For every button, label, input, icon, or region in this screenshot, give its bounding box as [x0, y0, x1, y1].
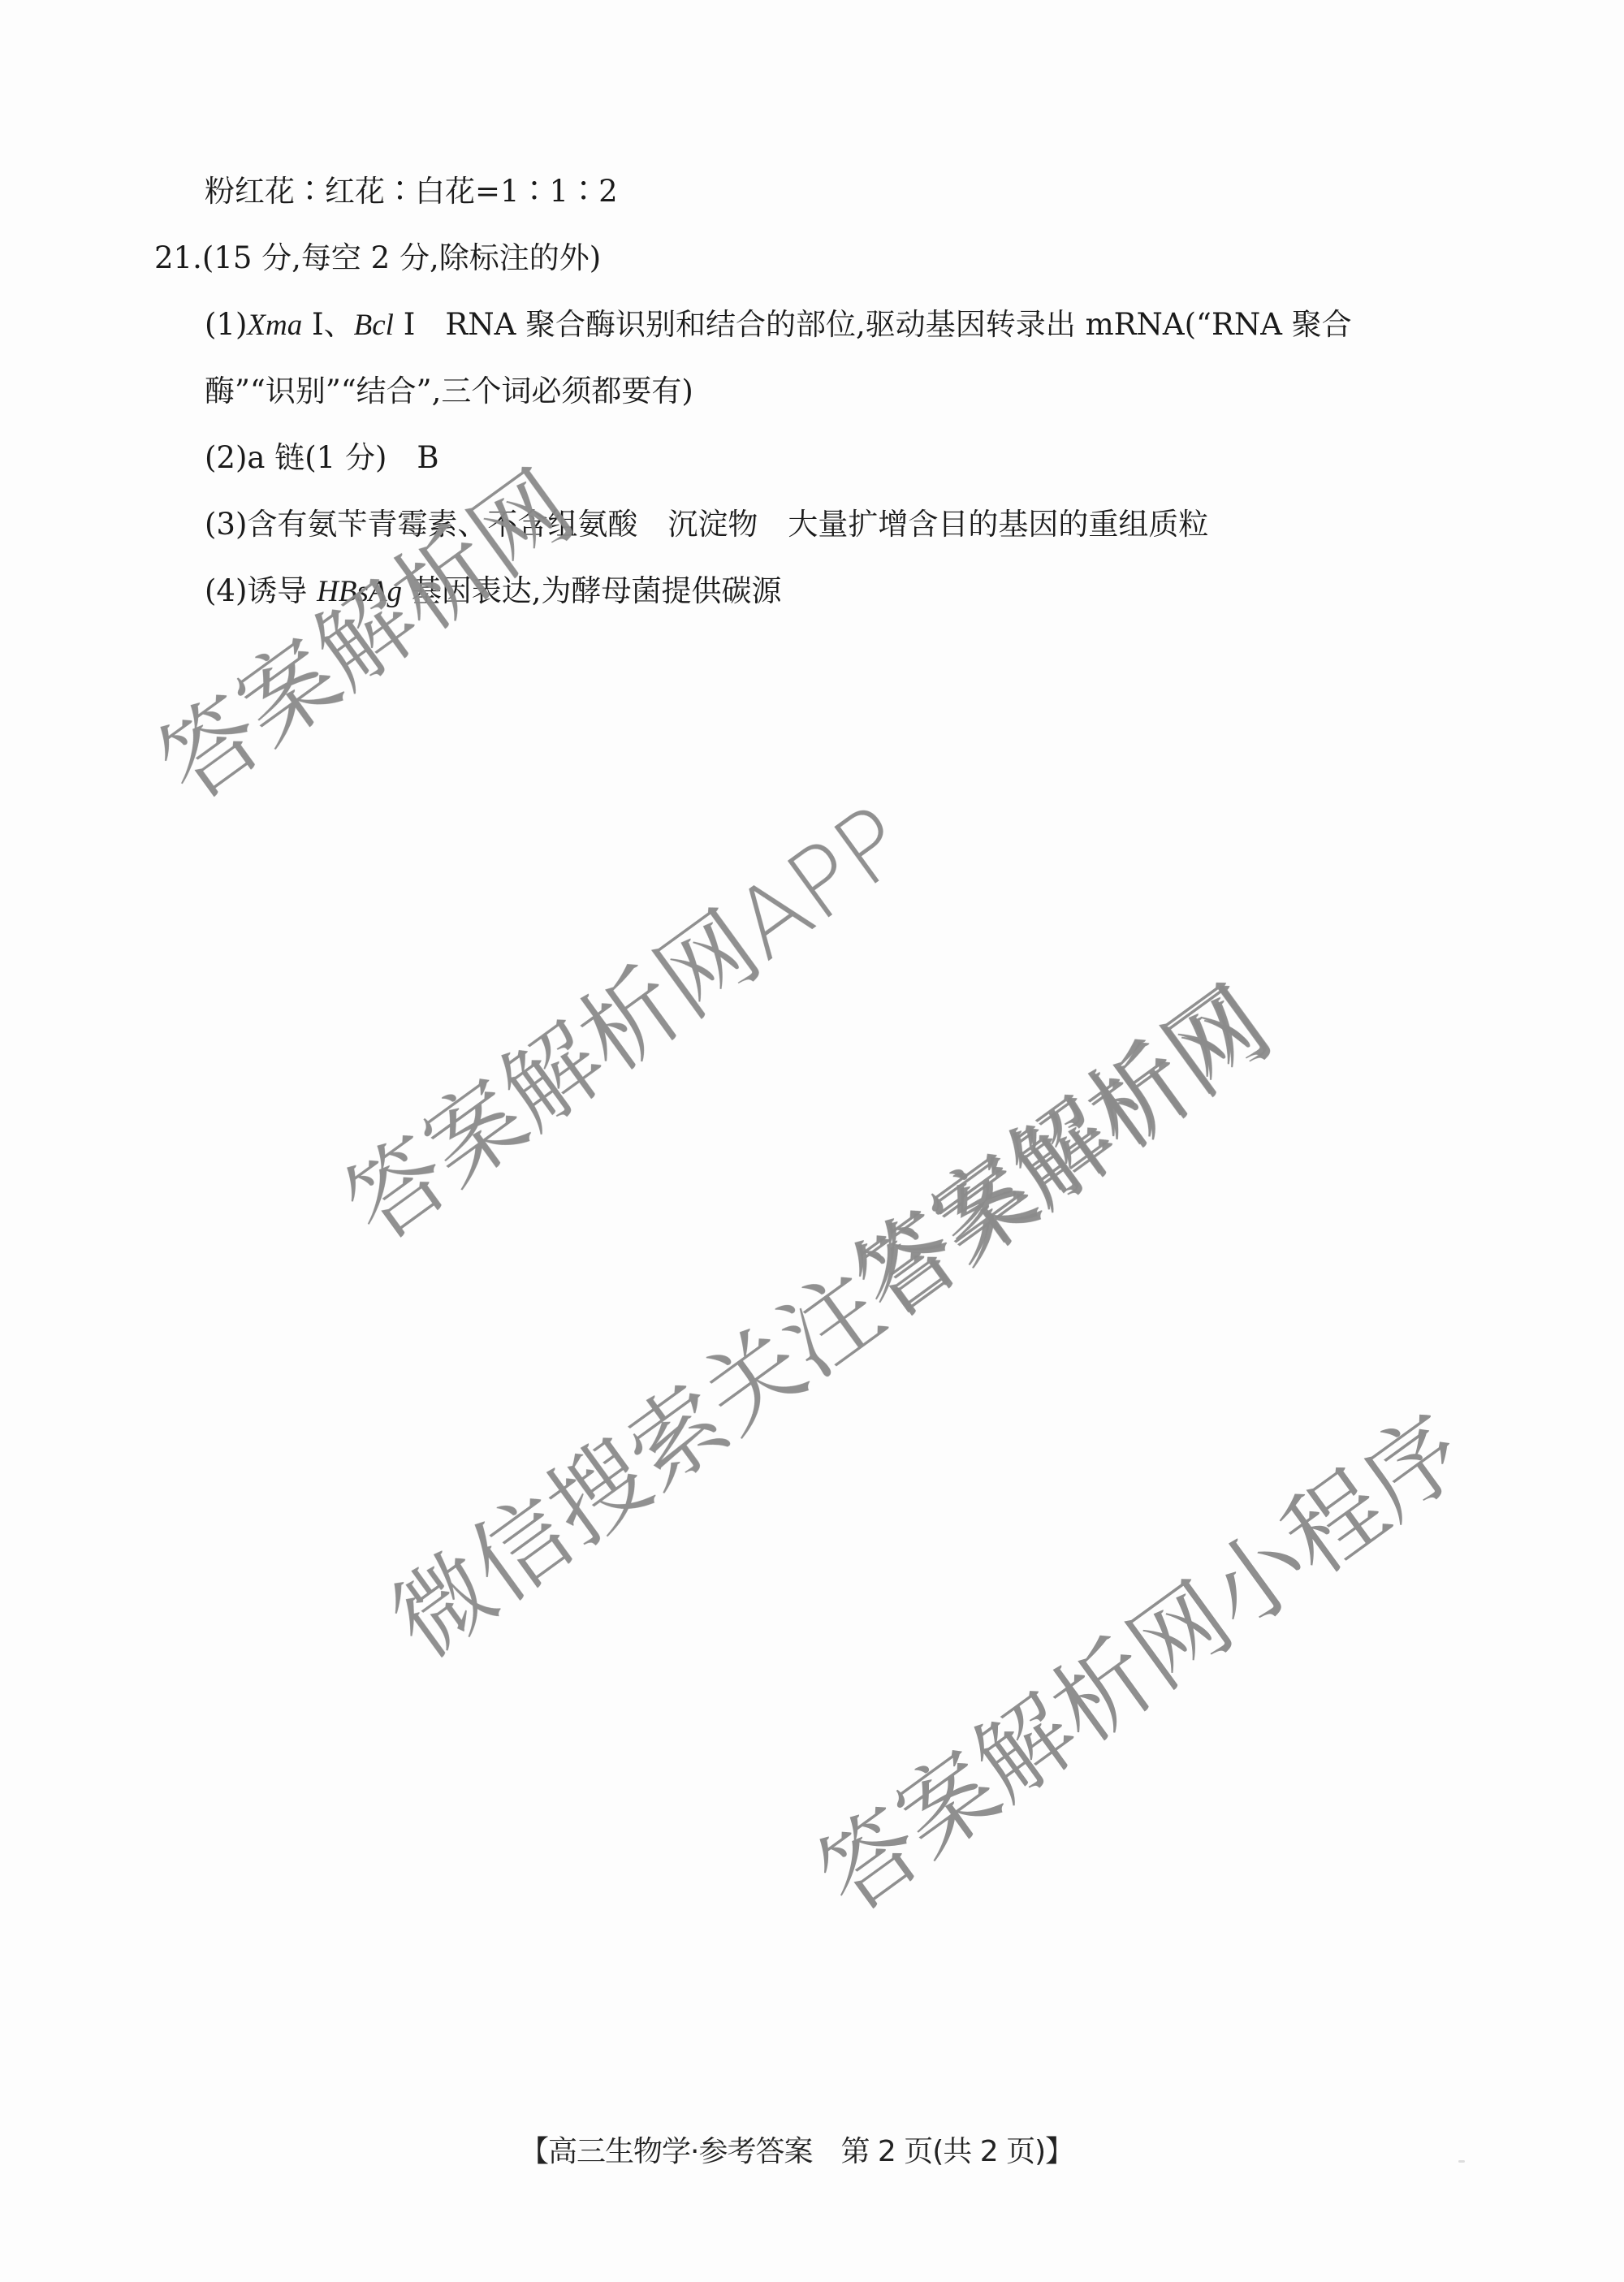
part-1-answer-text: Ⅰ RNA 聚合酶识别和结合的部位,驱动基因转录出 mRNA(“RNA 聚合 [394, 307, 1352, 342]
question-21-score-note: 21.(15 分,每空 2 分,除标注的外) [154, 240, 601, 275]
answer-part-2: (2)a 链(1 分) B [205, 440, 439, 476]
watermark-text: 答案解析网 [127, 433, 595, 826]
answer-part-1-line-1: (1)Xma Ⅰ、Bcl Ⅰ RNA 聚合酶识别和结合的部位,驱动基因转录出 m… [205, 307, 1352, 344]
enzyme-xma: Xma [247, 309, 302, 342]
gene-hbsag: HBsAg [317, 575, 402, 608]
watermark-text: 答案解析网 [821, 949, 1289, 1342]
answer-ratio-line: 粉红花∶红花∶白花=1∶1∶2 [205, 174, 618, 210]
part-1-label: (1) [205, 307, 247, 342]
document-page: 粉红花∶红花∶白花=1∶1∶2 21.(15 分,每空 2 分,除标注的外) (… [0, 0, 1624, 2282]
scan-artifact [1458, 2160, 1465, 2163]
answer-part-1-line-2: 酶”“识别”“结合”,三个词必须都要有) [205, 374, 693, 409]
enzyme-separator: Ⅰ、 [302, 307, 353, 342]
enzyme-bcl: Bcl [354, 309, 394, 342]
watermark-text: 答案解析网小程序 [786, 1376, 1488, 1938]
watermark-text: 答案解析网APP [313, 767, 929, 1266]
answer-part-3: (3)含有氨苄青霉素、不含组氨酸 沉淀物 大量扩增含目的基因的重组质粒 [205, 507, 1208, 542]
page-footer: 【高三生物学·参考答案 第 2 页(共 2 页)】 [520, 2134, 1073, 2170]
part-4-answer-text: 基因表达,为酵母菌提供碳源 [402, 573, 782, 608]
question-21-header: 21.(15 分,每空 2 分,除标注的外) [154, 240, 601, 276]
part-4-label: (4)诱导 [205, 573, 317, 608]
part-1-answer-continuation: 酶”“识别”“结合”,三个词必须都要有) [205, 374, 693, 408]
answer-part-4: (4)诱导 HBsAg 基因表达,为酵母菌提供碳源 [205, 573, 782, 610]
part-3-answer-text: (3)含有氨苄青霉素、不含组氨酸 沉淀物 大量扩增含目的基因的重组质粒 [205, 507, 1208, 542]
ratio-text: 粉红花∶红花∶白花=1∶1∶2 [205, 174, 618, 209]
watermark-text: 微信搜索关注答案解析网 [360, 952, 1294, 1683]
footer-text: 【高三生物学·参考答案 第 2 页(共 2 页)】 [520, 2135, 1073, 2168]
part-2-answer-text: (2)a 链(1 分) B [205, 440, 439, 475]
